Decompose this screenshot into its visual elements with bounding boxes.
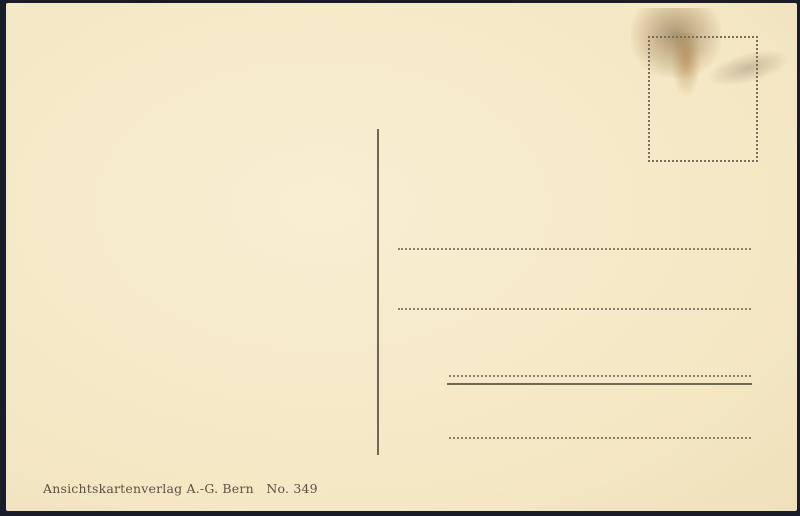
address-line-2 xyxy=(398,308,751,310)
stamp-box xyxy=(648,36,758,162)
address-line-1 xyxy=(398,248,751,250)
center-divider xyxy=(377,129,379,455)
address-underline xyxy=(447,383,752,385)
publisher-imprint: Ansichtskartenverlag A.-G. Bern No. 349 xyxy=(43,481,318,496)
postcard-back: Ansichtskartenverlag A.-G. Bern No. 349 xyxy=(6,3,797,511)
address-line-4 xyxy=(449,437,751,439)
address-line-3 xyxy=(449,375,751,377)
